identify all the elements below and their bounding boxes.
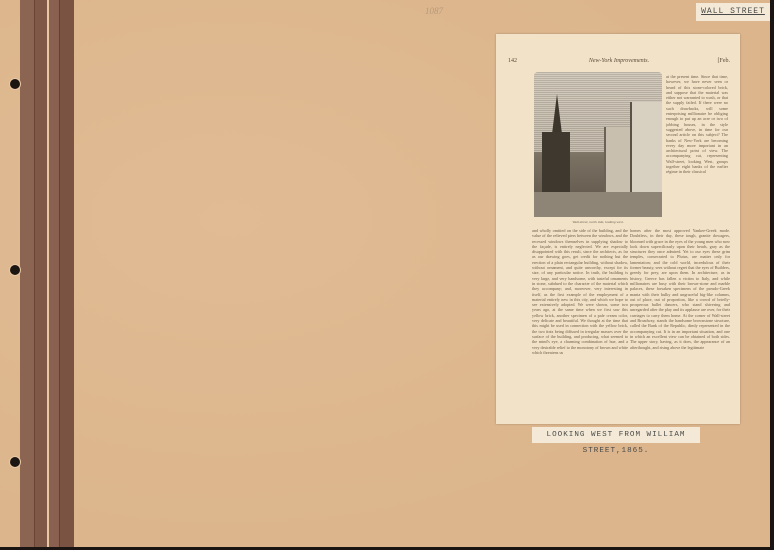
caption-label: LOOKING WEST FROM WILLIAM STREET,1865. — [532, 427, 700, 443]
magazine-clipping: 142 New-York Improvements. [Feb. Wall-st… — [496, 34, 740, 424]
binding-hole — [10, 457, 20, 467]
binding-strip — [49, 0, 59, 547]
binding-strip — [34, 0, 48, 547]
text-column: homes after the most approved Yankee-Gre… — [630, 228, 730, 400]
month-marker: [Feb. — [718, 58, 731, 64]
binding-strip — [59, 0, 74, 547]
text-column: and wholly omitted on the side of the bu… — [532, 228, 628, 400]
scrapbook-board: 1087 WALL STREET 142 New-York Improvemen… — [0, 0, 770, 547]
text-column: at the present time. Since that time, ho… — [666, 74, 728, 229]
binding-hole — [10, 79, 20, 89]
running-title: New-York Improvements. — [508, 58, 730, 64]
binding-strip — [20, 0, 34, 547]
subject-label: WALL STREET — [696, 3, 770, 21]
engraving-caption: Wall-street, north side, looking west. — [534, 220, 662, 224]
binding-hole — [10, 265, 20, 275]
wall-street-engraving — [534, 72, 662, 217]
trinity-church-spire — [552, 94, 562, 134]
pencil-catalog-number: 1087 — [425, 6, 443, 16]
street — [534, 192, 662, 217]
